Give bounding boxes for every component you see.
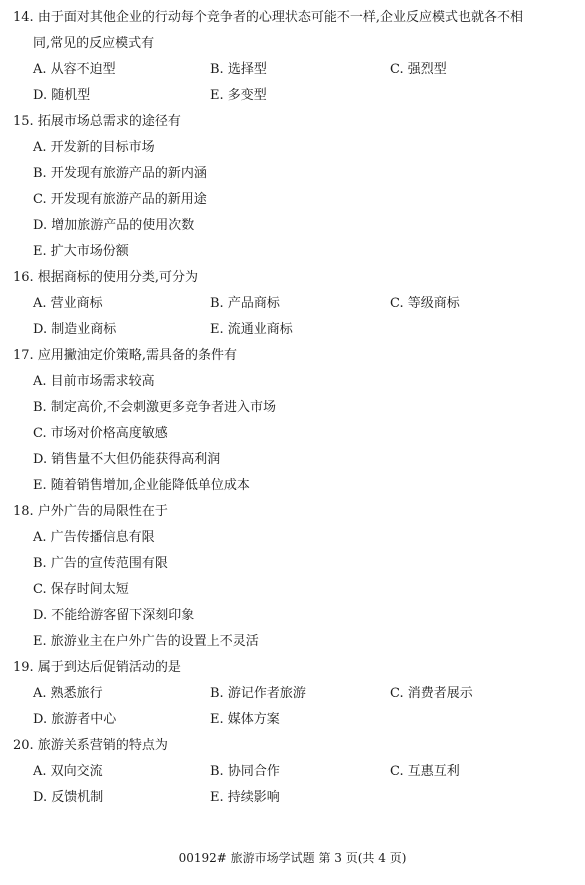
option-b: B. 制定高价,不会刺激更多竞争者进入市场 [33,395,276,421]
option-e: E. 媒体方案 [210,707,280,733]
option-c: C. 市场对价格高度敏感 [33,421,168,447]
question-number: 20. [13,738,34,753]
option-a: A. 广告传播信息有限 [33,525,155,551]
option-b: B. 产品商标 [210,291,280,317]
question-text: 拓展市场总需求的途径有 [38,114,181,129]
option-d: D. 反馈机制 [33,785,103,811]
question-stem: 19. 属于到达后促销活动的是 [13,655,181,681]
option-c: C. 互惠互利 [390,759,460,785]
question-text: 由于面对其他企业的行动每个竞争者的心理状态可能不一样,企业反应模式也就各不相 [38,10,523,25]
option-a: A. 熟悉旅行 [33,681,103,707]
question-number: 18. [13,504,34,519]
question-stem: 20. 旅游关系营销的特点为 [13,733,168,759]
option-e: E. 多变型 [210,83,267,109]
option-a: A. 开发新的目标市场 [33,135,155,161]
option-b: B. 广告的宣传范围有限 [33,551,168,577]
question-text: 根据商标的使用分类,可分为 [38,270,198,285]
question-stem-continued: 同,常见的反应模式有 [33,31,154,57]
question-number: 19. [13,660,34,675]
option-e: E. 扩大市场份额 [33,239,129,265]
option-b: B. 开发现有旅游产品的新内涵 [33,161,207,187]
page-footer: 00192# 旅游市场学试题 第 3 页(共 4 页) [0,848,585,868]
question-number: 16. [13,270,34,285]
option-c: C. 消费者展示 [390,681,473,707]
exam-page: 14. 由于面对其他企业的行动每个竞争者的心理状态可能不一样,企业反应模式也就各… [0,0,585,885]
option-b: B. 选择型 [210,57,267,83]
question-number: 17. [13,348,34,363]
option-d: D. 旅游者中心 [33,707,116,733]
option-c: C. 强烈型 [390,57,447,83]
question-stem: 16. 根据商标的使用分类,可分为 [13,265,198,291]
option-a: A. 营业商标 [33,291,103,317]
option-c: C. 开发现有旅游产品的新用途 [33,187,207,213]
option-e: E. 旅游业主在户外广告的设置上不灵活 [33,629,259,655]
option-a: A. 目前市场需求较高 [33,369,155,395]
option-b: B. 游记作者旅游 [210,681,306,707]
question-stem: 14. 由于面对其他企业的行动每个竞争者的心理状态可能不一样,企业反应模式也就各… [13,5,523,31]
option-d: D. 增加旅游产品的使用次数 [33,213,194,239]
option-c: C. 等级商标 [390,291,460,317]
question-text: 应用撇油定价策略,需具备的条件有 [38,348,237,363]
option-d: D. 销售量不大但仍能获得高利润 [33,447,220,473]
question-number: 15. [13,114,34,129]
option-e: E. 流通业商标 [210,317,293,343]
question-stem: 15. 拓展市场总需求的途径有 [13,109,181,135]
option-a: A. 双向交流 [33,759,103,785]
option-d: D. 制造业商标 [33,317,116,343]
question-text: 旅游关系营销的特点为 [38,738,168,753]
question-text: 户外广告的局限性在于 [38,504,168,519]
option-d: D. 随机型 [33,83,90,109]
question-text: 属于到达后促销活动的是 [38,660,181,675]
option-b: B. 协同合作 [210,759,280,785]
option-e: E. 随着销售增加,企业能降低单位成本 [33,473,250,499]
question-stem: 18. 户外广告的局限性在于 [13,499,168,525]
option-d: D. 不能给游客留下深刻印象 [33,603,194,629]
option-a: A. 从容不迫型 [33,57,116,83]
option-e: E. 持续影响 [210,785,280,811]
option-c: C. 保存时间太短 [33,577,129,603]
question-stem: 17. 应用撇油定价策略,需具备的条件有 [13,343,237,369]
question-number: 14. [13,10,34,25]
